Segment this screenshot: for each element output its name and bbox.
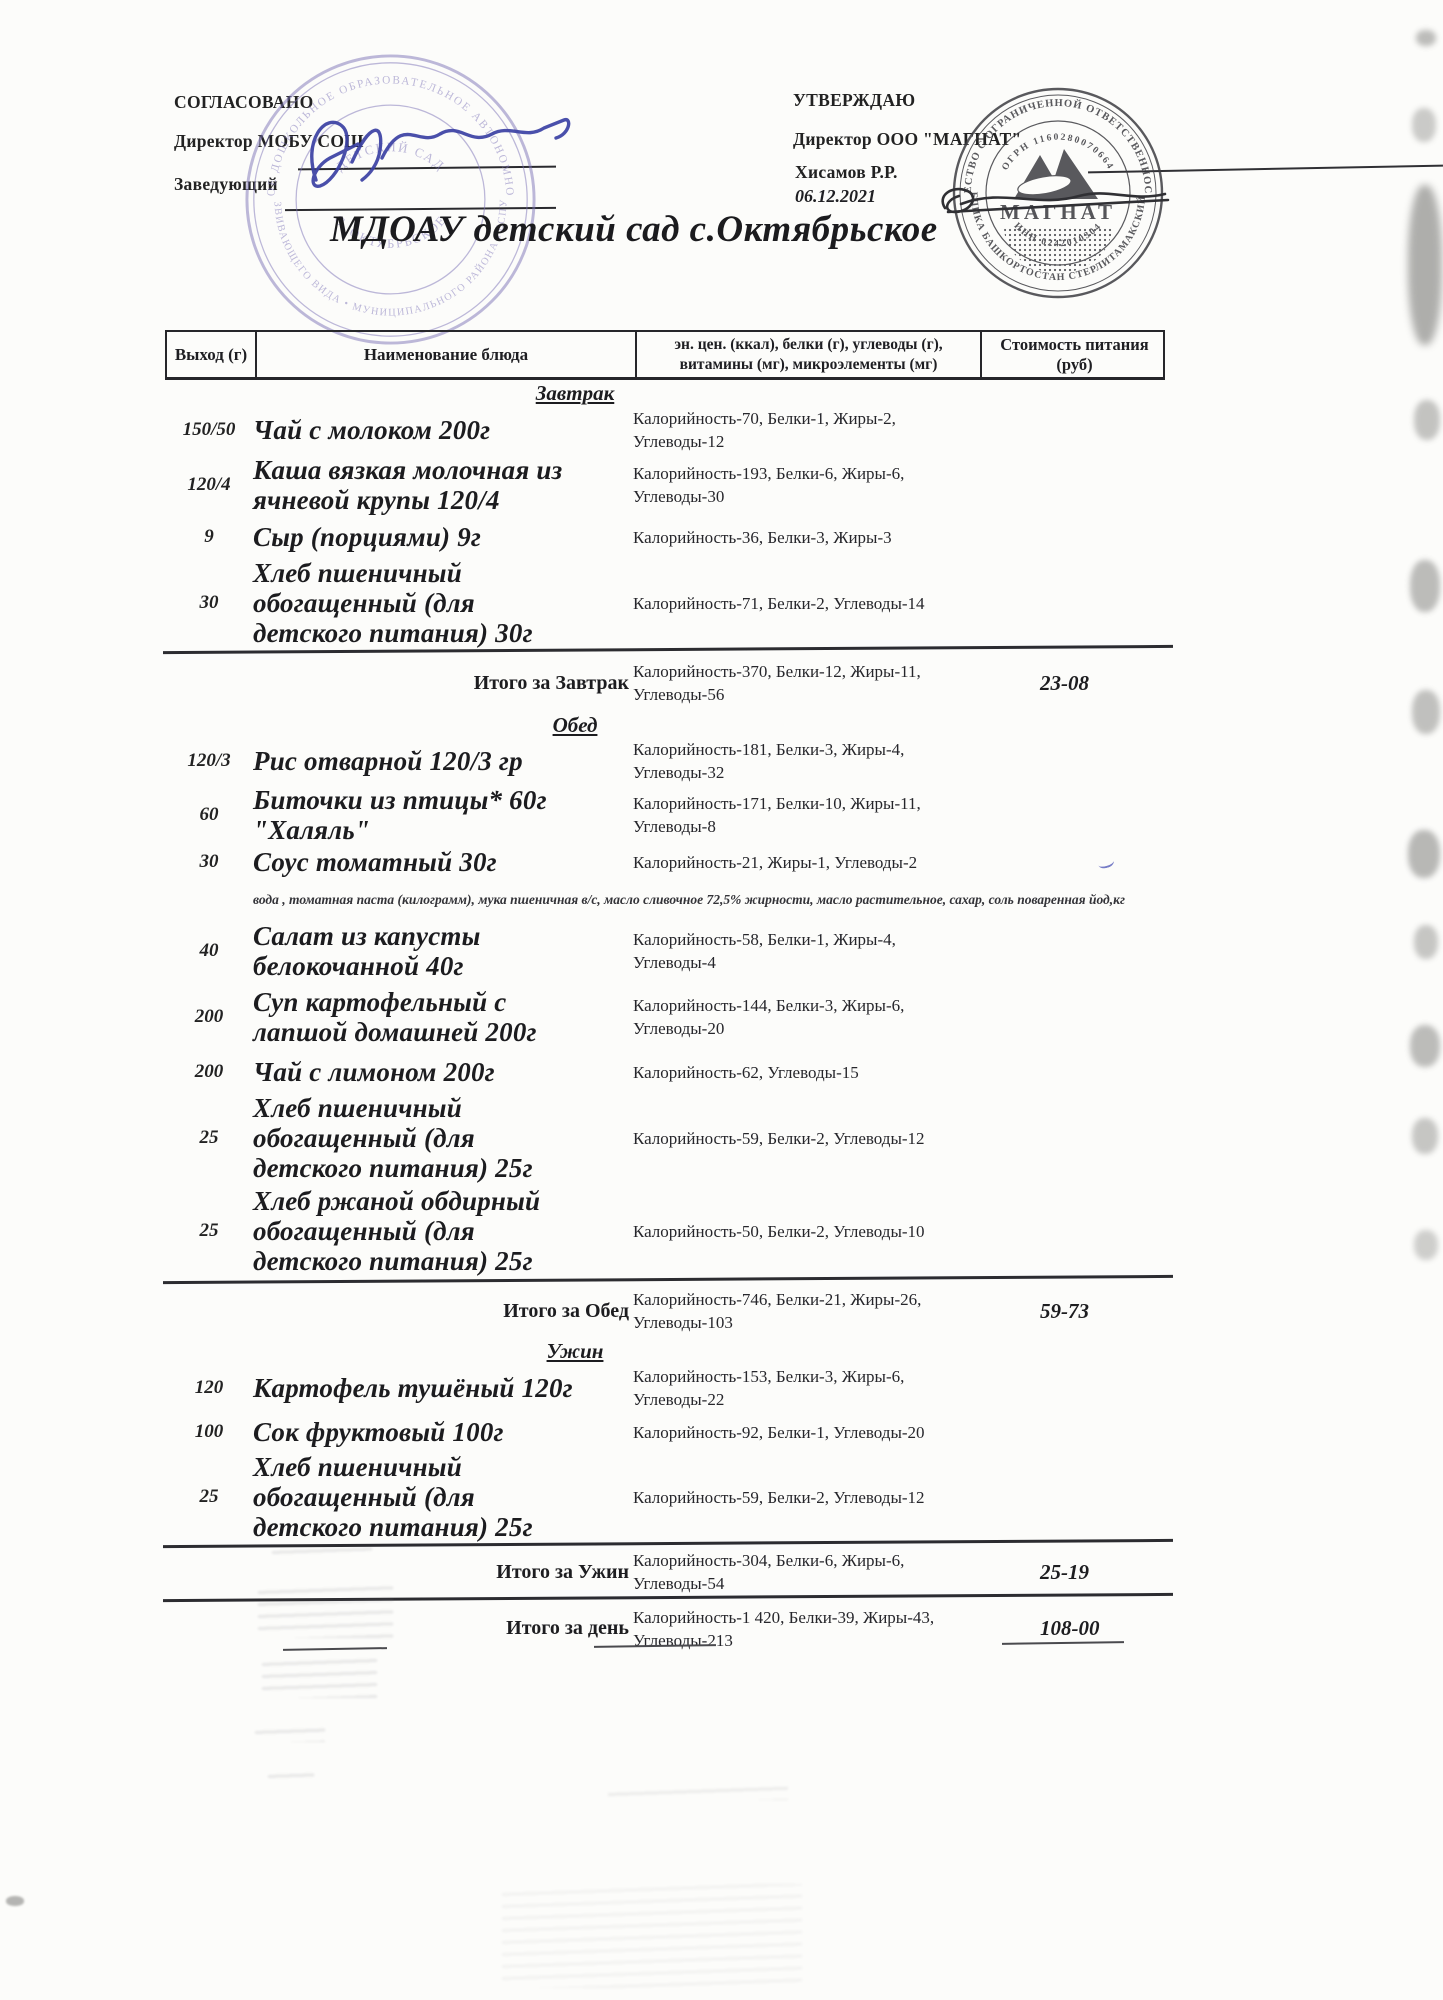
scan-artifact	[1410, 560, 1440, 612]
dish-output: 25	[165, 1220, 253, 1242]
section-label: Обед	[553, 713, 598, 737]
document-page: СОГЛАСОВАНО Директор МОБУ СОШ Заведующий…	[0, 0, 1443, 2000]
menu-row: 120 Картофель тушёный 120г Калорийность-…	[165, 1364, 1165, 1412]
total-cost: 25-19	[978, 1560, 1165, 1585]
dish-name: Биточки из птицы* 60г "Халяль"	[253, 785, 588, 845]
scan-artifact	[1416, 30, 1436, 46]
dish-nutrition: Калорийность-59, Белки-2, Углеводы-12	[633, 1127, 938, 1150]
bleedthrough-mark	[272, 1542, 372, 1558]
director-signature-ink	[933, 168, 1443, 228]
dish-nutrition: Калорийность-181, Белки-3, Жиры-4, Углев…	[633, 738, 938, 784]
section-label: Завтрак	[536, 381, 615, 405]
dish-output: 60	[165, 804, 253, 826]
dish-nutrition: Калорийность-62, Углеводы-15	[633, 1061, 938, 1084]
dish-output: 25	[165, 1127, 253, 1149]
head-signature-ink	[282, 96, 582, 214]
dish-nutrition: Калорийность-59, Белки-2, Углеводы-12	[633, 1486, 938, 1509]
total-label: Итого за Ужин	[253, 1561, 633, 1584]
scan-artifact	[6, 1896, 24, 1906]
scan-artifact	[1408, 830, 1440, 878]
total-row-breakfast: Итого за Завтрак Калорийность-370, Белки…	[165, 648, 1165, 712]
section-header-breakfast: Завтрак	[165, 380, 1165, 406]
ingredients-row: вода , томатная паста (килограмм), мука …	[165, 878, 1165, 920]
dish-output: 40	[165, 940, 253, 962]
dish-name: Соус томатный 30г	[253, 847, 588, 877]
total-label: Итого за Обед	[253, 1300, 633, 1323]
dish-name: Рис отварной 120/3 гр	[253, 746, 588, 776]
dish-nutrition: Калорийность-36, Белки-3, Жиры-3	[633, 526, 938, 549]
approved-name: Хисамов Р.Р.	[795, 162, 898, 183]
dish-ingredients: вода , томатная паста (килограмм), мука …	[253, 890, 1165, 909]
bleedthrough-mark	[262, 1654, 377, 1698]
total-cost: 59-73	[978, 1299, 1165, 1324]
menu-row: 9 Сыр (порциями) 9г Калорийность-36, Бел…	[165, 516, 1165, 558]
menu-row: 25 Хлеб пшеничный обогащенный (для детск…	[165, 1452, 1165, 1542]
approved-date: 06.12.2021	[795, 186, 876, 207]
menu-row: 25 Хлеб пшеничный обогащенный (для детск…	[165, 1092, 1165, 1184]
menu-row: 120/3 Рис отварной 120/3 гр Калорийность…	[165, 738, 1165, 784]
svg-text:ОГРН 1160280070664: ОГРН 1160280070664	[1000, 133, 1115, 173]
dish-name: Каша вязкая молочная из ячневой крупы 12…	[253, 455, 588, 515]
dish-name: Суп картофельный с лапшой домашней 200г	[253, 987, 588, 1047]
bleedthrough-mark	[502, 1884, 802, 1988]
menu-row: 60 Биточки из птицы* 60г "Халяль" Калори…	[165, 784, 1165, 846]
section-label: Ужин	[547, 1339, 604, 1363]
dish-output: 150/50	[165, 419, 253, 441]
section-header-lunch: Обед	[165, 712, 1165, 738]
dish-nutrition: Калорийность-21, Жиры-1, Углеводы-2	[633, 851, 938, 874]
dish-output: 100	[165, 1421, 253, 1443]
dish-nutrition: Калорийность-50, Белки-2, Углеводы-10	[633, 1220, 938, 1243]
approved-title: УТВЕРЖДАЮ	[793, 90, 915, 111]
menu-row: 200 Чай с лимоном 200г Калорийность-62, …	[165, 1052, 1165, 1092]
menu-table-body: Завтрак 150/50 Чай с молоком 200г Калори…	[165, 380, 1165, 1655]
dish-output: 200	[165, 1006, 253, 1028]
stamp-right-ogrn-text: ОГРН 1160280070664	[1000, 133, 1115, 173]
dish-name: Салат из капусты белокочанной 40г	[253, 921, 588, 981]
dish-output: 120	[165, 1377, 253, 1399]
dish-name: Чай с молоком 200г	[253, 415, 588, 445]
header-output-col: Выход (г)	[167, 332, 255, 377]
dish-output: 30	[165, 851, 253, 873]
scan-artifact	[1412, 1118, 1438, 1154]
total-nutrition: Калорийность-370, Белки-12, Жиры-11, Угл…	[633, 660, 938, 706]
dish-nutrition: Калорийность-193, Белки-6, Жиры-6, Углев…	[633, 462, 938, 508]
menu-row: 30 Хлеб пшеничный обогащенный (для детск…	[165, 558, 1165, 648]
dish-name: Хлеб ржаной обдирный обогащенный (для де…	[253, 1186, 588, 1276]
bleedthrough-mark	[268, 1766, 314, 1780]
bleedthrough-mark	[608, 1784, 788, 1800]
dish-name: Хлеб пшеничный обогащенный (для детского…	[253, 558, 588, 648]
menu-row: 30 Соус томатный 30г Калорийность-21, Жи…	[165, 846, 1165, 878]
dish-nutrition: Калорийность-92, Белки-1, Углеводы-20	[633, 1421, 938, 1444]
menu-row: 25 Хлеб ржаной обдирный обогащенный (для…	[165, 1184, 1165, 1278]
header-cost-col: Стоимость питания (руб)	[980, 332, 1167, 377]
menu-row: 200 Суп картофельный с лапшой домашней 2…	[165, 982, 1165, 1052]
header-energy-col: эн. цен. (ккал), белки (г), углеводы (г)…	[635, 332, 980, 377]
scan-artifact	[1408, 185, 1442, 345]
scan-artifact	[1412, 690, 1440, 734]
section-header-dinner: Ужин	[165, 1338, 1165, 1364]
dish-name: Хлеб пшеничный обогащенный (для детского…	[253, 1093, 588, 1183]
menu-row: 150/50 Чай с молоком 200г Калорийность-7…	[165, 406, 1165, 454]
menu-table-header: Выход (г) Наименование блюда эн. цен. (к…	[165, 330, 1165, 380]
total-cost: 108-00	[978, 1616, 1165, 1641]
dish-name: Чай с лимоном 200г	[253, 1057, 588, 1087]
dish-name: Картофель тушёный 120г	[253, 1373, 588, 1403]
menu-row: 120/4 Каша вязкая молочная из ячневой кр…	[165, 454, 1165, 516]
total-row-lunch: Итого за Обед Калорийность-746, Белки-21…	[165, 1278, 1165, 1338]
dish-output: 30	[165, 592, 253, 614]
scan-artifact	[1410, 1025, 1440, 1067]
dish-name: Сок фруктовый 100г	[253, 1417, 588, 1447]
header-dish-col: Наименование блюда	[255, 332, 635, 377]
dish-name: Сыр (порциями) 9г	[253, 522, 588, 552]
dish-name: Хлеб пшеничный обогащенный (для детского…	[253, 1452, 588, 1542]
dish-output: 25	[165, 1486, 253, 1508]
scan-artifact	[1414, 1230, 1438, 1260]
dish-nutrition: Калорийность-144, Белки-3, Жиры-6, Углев…	[633, 994, 938, 1040]
total-label: Итого за Завтрак	[253, 672, 633, 695]
dish-nutrition: Калорийность-70, Белки-1, Жиры-2, Углево…	[633, 407, 938, 453]
dish-nutrition: Калорийность-58, Белки-1, Жиры-4, Углево…	[633, 928, 938, 974]
dish-output: 9	[165, 526, 253, 548]
total-nutrition: Калорийность-746, Белки-21, Жиры-26, Угл…	[633, 1288, 938, 1334]
scan-artifact	[1412, 108, 1436, 142]
total-nutrition: Калорийность-304, Белки-6, Жиры-6, Углев…	[633, 1549, 938, 1595]
total-cost: 23-08	[978, 671, 1165, 696]
dish-output: 200	[165, 1061, 253, 1083]
menu-row: 40 Салат из капусты белокочанной 40г Кал…	[165, 920, 1165, 982]
dish-output: 120/3	[165, 750, 253, 772]
bleedthrough-mark	[258, 1582, 393, 1638]
dish-nutrition: Калорийность-153, Белки-3, Жиры-6, Углев…	[633, 1365, 938, 1411]
bleedthrough-mark	[255, 1722, 325, 1742]
scan-artifact	[1414, 400, 1440, 440]
menu-row: 100 Сок фруктовый 100г Калорийность-92, …	[165, 1412, 1165, 1452]
dish-nutrition: Калорийность-71, Белки-2, Углеводы-14	[633, 592, 938, 615]
dish-output: 120/4	[165, 474, 253, 496]
page-title: МДОАУ детский сад с.Октябрьское	[330, 208, 938, 251]
dish-nutrition: Калорийность-171, Белки-10, Жиры-11, Угл…	[633, 792, 938, 838]
scan-artifact	[1414, 925, 1438, 959]
